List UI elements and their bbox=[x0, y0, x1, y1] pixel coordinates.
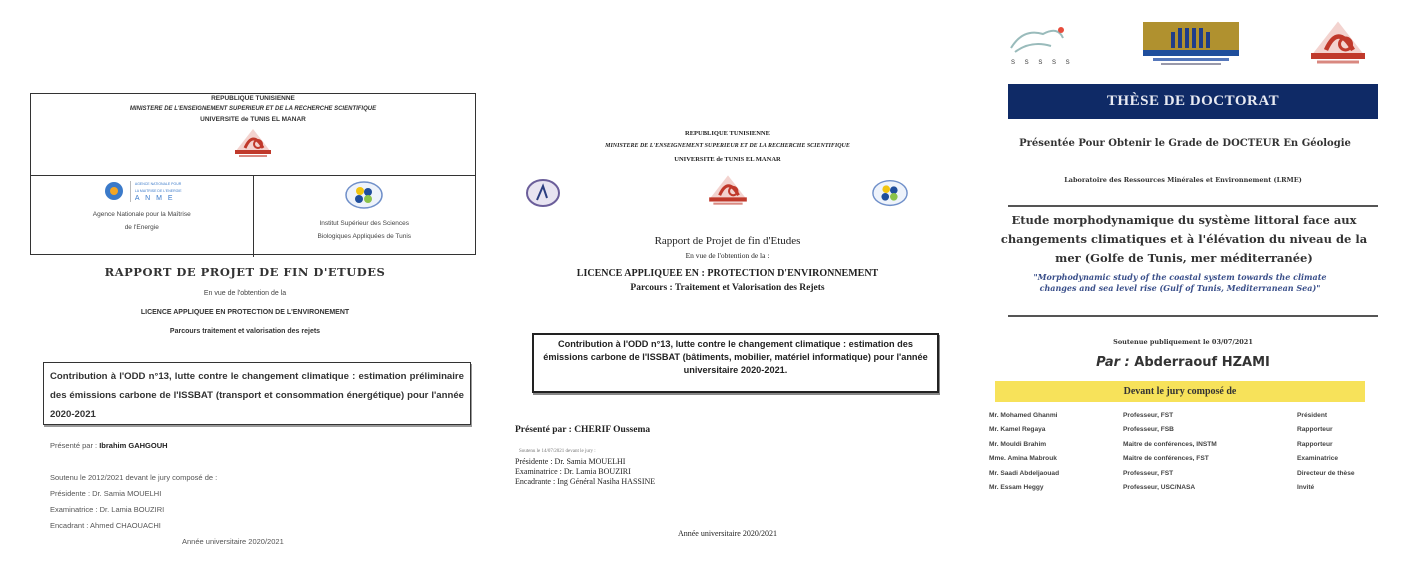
divider bbox=[1008, 315, 1378, 317]
fst-logo-icon: S S S S S bbox=[1003, 18, 1073, 68]
cover-page-licence-gahgouh: REPUBLIQUE TUNISIENNE MINISTERE DE L'ENS… bbox=[0, 0, 490, 567]
thesis-title-box: Contribution à l'ODD n°13, lutte contre … bbox=[532, 333, 939, 393]
defense-label: Soutenu le 2012/2021 devant le jury comp… bbox=[50, 473, 217, 482]
track-label: Parcours : Traitement et Valorisation de… bbox=[495, 283, 960, 293]
presented-by: Présenté par : CHERIF Oussema bbox=[515, 425, 650, 435]
jury-member: Encadrante : Ing Général Nasiha HASSINE bbox=[515, 477, 655, 486]
jury-member: Présidente : Dr. Samia MOUELHI bbox=[515, 457, 625, 466]
jury-row: Mr. Mohamed GhanmiProfesseur, FSTPréside… bbox=[989, 408, 1399, 423]
presented-by: Présenté par : Ibrahim GAHGOUH bbox=[50, 441, 168, 450]
republic-label: REPUBLIQUE TUNISIENNE bbox=[31, 95, 475, 102]
header-table: REPUBLIQUE TUNISIENNE MINISTERE DE L'ENS… bbox=[30, 93, 476, 255]
republic-label: REPUBLIQUE TUNISIENNE bbox=[495, 130, 960, 137]
issbat-cell: Institut Supérieur des Sciences Biologiq… bbox=[254, 176, 476, 257]
anme-name-line2: de l'Energie bbox=[31, 221, 253, 234]
doctorate-banner: THÈSE DE DOCTORAT bbox=[1008, 84, 1378, 119]
university-logo-icon bbox=[231, 126, 275, 158]
university-logo-icon bbox=[705, 171, 751, 207]
issbat-name-line2: Biologiques Appliquées de Tunis bbox=[254, 230, 476, 243]
issbat-logo-icon bbox=[871, 178, 909, 208]
obtention-label: En vue de l'obtention de la : bbox=[495, 251, 960, 260]
academic-year: Année universitaire 2020/2021 bbox=[495, 529, 960, 538]
obtention-label: En vue de l'obtention de la bbox=[0, 290, 490, 297]
jury-member: Présidente : Dr. Samia MOUELHI bbox=[50, 489, 161, 498]
issbat-name-line1: Institut Supérieur des Sciences bbox=[254, 217, 476, 230]
anme-logo: AGENCE NATIONALE POURLA MAITRISE DE L'EN… bbox=[31, 180, 253, 202]
report-title: RAPPORT DE PROJET DE FIN D'ETUDES bbox=[0, 265, 490, 279]
jury-member: Examinatrice : Dr. Lamia BOUZIRI bbox=[515, 467, 631, 476]
track-label: Parcours traitement et valorisation des … bbox=[0, 328, 490, 335]
author-line: Par : Abderraouf HZAMI bbox=[965, 355, 1401, 370]
university-logo-icon bbox=[1305, 16, 1371, 66]
academic-year: Année universitaire 2020/2021 bbox=[182, 537, 284, 546]
laboratory-label: Laboratoire des Ressources Minérales et … bbox=[965, 176, 1401, 184]
ministry-label: MINISTERE DE L'ENSEIGNEMENT SUPERIEUR ET… bbox=[495, 143, 960, 149]
divider bbox=[1008, 205, 1378, 207]
jury-row: Mr. Mouldi BrahimMaitre de conférences, … bbox=[989, 437, 1399, 452]
faculty-logo-icon bbox=[525, 178, 561, 208]
jury-row: Mr. Essam HeggyProfesseur, USC/NASAInvit… bbox=[989, 481, 1399, 496]
university-label: UNIVERSITE de TUNIS EL MANAR bbox=[495, 156, 960, 163]
thesis-title-box: Contribution à l'ODD n°13, lutte contre … bbox=[43, 362, 471, 425]
jury-heading: Devant le jury composé de bbox=[995, 381, 1365, 402]
jury-row: Mr. Saadi AbdeljaouadProfesseur, FSTDire… bbox=[989, 466, 1399, 481]
jury-row: Mr. Kamel RegayaProfesseur, FSBRapporteu… bbox=[989, 423, 1399, 438]
report-title: Rapport de Projet de fin d'Etudes bbox=[495, 235, 960, 247]
anme-name-line1: Agence Nationale pour la Maîtrise bbox=[31, 208, 253, 221]
university-label: UNIVERSITE de TUNIS EL MANAR bbox=[31, 116, 475, 123]
svg-text:S S S S S: S S S S S bbox=[1011, 60, 1073, 66]
cover-page-doctorate-hzami: S S S S S THÈSE DE DOCTORAT Présentée Po… bbox=[965, 0, 1401, 567]
defense-date: Soutenue publiquement le 03/07/2021 bbox=[965, 338, 1401, 346]
header-top-cell: REPUBLIQUE TUNISIENNE MINISTERE DE L'ENS… bbox=[31, 95, 475, 176]
degree-label: LICENCE APPLIQUEE EN : PROTECTION D'ENVI… bbox=[495, 268, 960, 279]
jury-table: Mr. Mohamed GhanmiProfesseur, FSTPréside… bbox=[989, 408, 1399, 495]
cover-page-licence-cherif: REPUBLIQUE TUNISIENNE MINISTERE DE L'ENS… bbox=[495, 0, 960, 567]
author-name: Abderraouf HZAMI bbox=[1134, 355, 1270, 370]
thesis-title-fr: Etude morphodynamique du système littora… bbox=[987, 211, 1381, 268]
jury-member: Encadrant : Ahmed CHAOUACHI bbox=[50, 521, 161, 530]
ministry-label: MINISTERE DE L'ENSEIGNEMENT SUPERIEUR ET… bbox=[31, 106, 475, 112]
anme-cell: AGENCE NATIONALE POURLA MAITRISE DE L'EN… bbox=[31, 176, 254, 257]
student-name: CHERIF Oussema bbox=[574, 425, 650, 435]
degree-label: LICENCE APPLIQUEE EN PROTECTION DE L'ENV… bbox=[0, 309, 490, 316]
defense-label: Soutenu le 14/07/2021 devant le jury : bbox=[519, 449, 596, 454]
student-name: Ibrahim GAHGOUH bbox=[99, 441, 167, 450]
jury-row: Mme. Amina MabroukMaitre de conférences,… bbox=[989, 452, 1399, 467]
laboratory-logo-icon bbox=[1143, 22, 1239, 68]
jury-member: Examinatrice : Dr. Lamia BOUZIRI bbox=[50, 505, 164, 514]
anme-logo-icon bbox=[102, 180, 126, 202]
thesis-title-en: "Morphodynamic study of the coastal syst… bbox=[1025, 272, 1335, 294]
grade-label: Présentée Pour Obtenir le Grade de DOCTE… bbox=[1015, 138, 1355, 150]
issbat-logo-icon bbox=[344, 180, 384, 210]
